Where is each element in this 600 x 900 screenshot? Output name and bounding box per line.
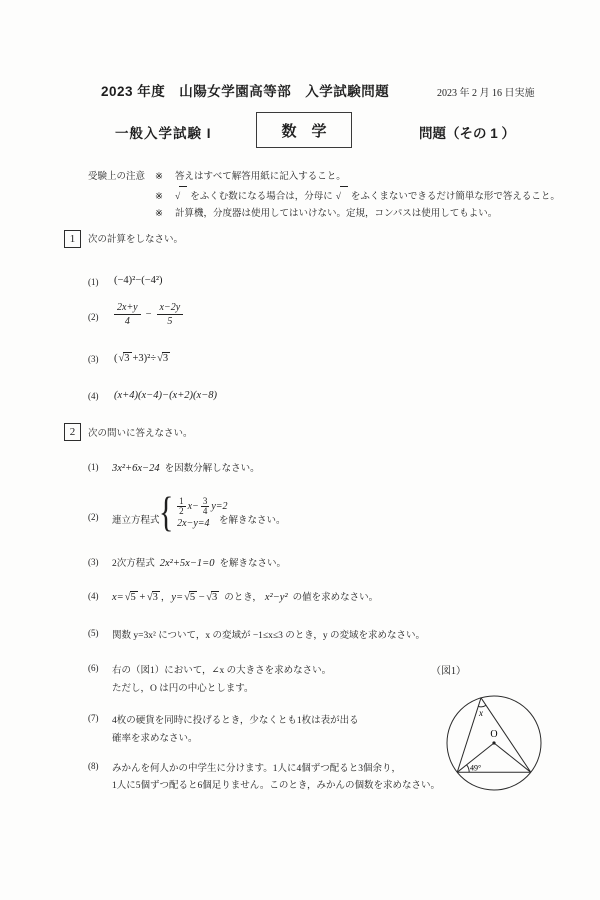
radicand: 5	[189, 591, 197, 605]
question-label: (6)	[88, 663, 99, 673]
sqrt-icon: √3	[206, 591, 219, 605]
figure-caption: （図1）	[431, 662, 466, 677]
fraction: 12	[177, 497, 186, 517]
note-line-3: ※ 計算機，分度器は使用してはいけない。定規，コンパスは使用してもよい。	[155, 205, 497, 219]
note-line-1: ※ 答えはすべて解答用紙に記入すること。	[155, 168, 346, 182]
note-text: 計算機，分度器は使用してはいけない。定規，コンパスは使用してもよい。	[175, 205, 497, 219]
note-line-2: ※ √ をふくむ数になる場合は，分母に √ をふくまないできるだけ簡単な形で答え…	[155, 186, 563, 202]
question-label: (1)	[88, 277, 99, 287]
note-text: をふくむ数になる場合は，分母に	[190, 188, 333, 202]
sqrt-icon: √3	[119, 352, 132, 366]
denominator: 2	[177, 507, 186, 516]
exam-date: 2023 年 2 月 16 日実施	[437, 84, 535, 99]
formula-text: +3)²÷	[133, 353, 157, 364]
center-label: O	[490, 729, 497, 740]
question-formula: (−4)²−(−4²)	[114, 275, 163, 286]
question-lead: 2次方程式	[112, 555, 155, 569]
question-text: 関数 y=3x² について，x の変域が −1≤x≤3 のとき，y の変域を求め…	[112, 627, 425, 641]
question-label: (7)	[88, 713, 99, 723]
chord-top-left	[457, 698, 481, 773]
angle-49-arc	[467, 765, 470, 773]
formula-text: 3x²+6x−24	[112, 463, 160, 474]
question-label: (4)	[88, 591, 99, 601]
sqrt-icon: √3	[147, 591, 160, 605]
notes-heading: 受験上の注意	[88, 168, 145, 182]
note-text: 答えはすべて解答用紙に記入すること。	[175, 168, 346, 182]
formula-text: x²−y²	[265, 592, 288, 603]
formula-text: 2x²+5x−1=0	[160, 558, 215, 569]
denominator: 5	[157, 315, 184, 327]
section-2-instruction: 次の問いに答えなさい。	[88, 425, 193, 439]
radicand: 3	[152, 591, 160, 605]
question-tail: を解きなさい。	[219, 512, 286, 526]
question-label: (3)	[88, 557, 99, 567]
denominator: 4	[114, 315, 141, 327]
question-text-line1: 右の（図1）において，∠x の大きさを求めなさい。	[112, 662, 331, 676]
question-label: (2)	[88, 512, 99, 522]
question-text-line1: みかんを何人かの中学生に分けます。1人に4個ずつ配ると3個余り，	[112, 760, 401, 774]
formula-text: x−	[188, 501, 199, 512]
part-label: 問題（その 1 ）	[419, 122, 515, 142]
formula-text: −	[198, 592, 205, 603]
exam-title: 2023 年度 山陽女学園高等部 入学試験問題	[101, 80, 389, 100]
punctuation: ，	[161, 589, 171, 603]
formula-text: (	[114, 353, 118, 364]
formula-text: +	[139, 592, 146, 603]
question-label: (5)	[88, 628, 99, 638]
sqrt-icon: √	[175, 186, 187, 202]
subject-box: 数 学	[256, 112, 352, 148]
exam-page: 2023 年度 山陽女学園高等部 入学試験問題 2023 年 2 月 16 日実…	[0, 0, 600, 900]
question-label: (1)	[88, 462, 99, 472]
section-2-number: 2	[64, 423, 81, 441]
sqrt-icon: √5	[184, 591, 197, 605]
question-formula: (x+4)(x−4)−(x+2)(x−8)	[114, 390, 217, 401]
formula-text: x=	[112, 592, 124, 603]
question-label: (4)	[88, 391, 99, 401]
formula-text: y=2	[211, 501, 227, 512]
radical-bar	[340, 186, 348, 194]
question-tail: の値を求めなさい。	[293, 589, 379, 603]
question-lead: 連立方程式	[112, 512, 160, 526]
numerator: 2x+y	[114, 302, 141, 315]
question-text: 3x²+6x−24 を因数分解しなさい。	[112, 460, 260, 474]
question-tail: を因数分解しなさい。	[165, 460, 260, 474]
fraction: 2x+y4	[114, 302, 141, 327]
angle-x-arc	[478, 705, 486, 707]
question-label: (2)	[88, 312, 99, 322]
section-1-number: 1	[64, 230, 81, 248]
question-text: x= √5 + √3 ， y= √5 − √3 のとき， x²−y² の値を求め…	[112, 589, 378, 605]
center-dot	[492, 741, 495, 744]
question-text-line2: 1人に5個ずつ配ると6個足りません。このとき，みかんの個数を求めなさい。	[112, 777, 440, 791]
subject-label: 数 学	[281, 120, 326, 141]
note-text: をふくまないできるだけ簡単な形で答えること。	[351, 188, 560, 202]
note-marker: ※	[155, 191, 163, 202]
system-brace: {	[159, 494, 174, 532]
angle-value-label: 49°	[470, 764, 481, 773]
question-tail: を解きなさい。	[220, 555, 287, 569]
question-mid: のとき，	[224, 589, 262, 603]
question-text-line2: 確率を求めなさい。	[112, 730, 198, 744]
angle-x-label: x	[478, 708, 483, 718]
question-text-line2: ただし，O は円の中心とします。	[112, 680, 253, 694]
sqrt-icon: √3	[157, 352, 170, 366]
question-text-line1: 4枚の硬貨を同時に投げるとき，少なくとも1枚は表が出る	[112, 712, 359, 726]
radicand: 3	[211, 591, 219, 605]
question-label: (8)	[88, 761, 99, 771]
exam-type-label: 一般入学試験 I	[115, 122, 212, 142]
fraction: 34	[201, 497, 210, 517]
question-formula: 2x+y4 − x−2y5	[114, 302, 183, 327]
radical-bar	[179, 186, 187, 194]
formula-text: y=	[171, 592, 183, 603]
question-formula: ( √3 +3)²÷ √3	[114, 352, 170, 366]
sqrt-icon: √	[336, 186, 348, 202]
fraction: x−2y5	[157, 302, 184, 327]
radicand: 3	[123, 352, 131, 366]
section-1-instruction: 次の計算をしなさい。	[88, 231, 183, 245]
note-marker: ※	[155, 208, 163, 219]
question-label: (3)	[88, 354, 99, 364]
equation-system: { 12 x− 34 y=2 2x−y=4	[156, 494, 228, 532]
radicand: 5	[130, 591, 138, 605]
numerator: x−2y	[157, 302, 184, 315]
radicand: 3	[162, 352, 170, 366]
circle-figure: O x 49°	[432, 689, 562, 799]
denominator: 4	[201, 507, 210, 516]
minus-operator: −	[146, 309, 152, 320]
sqrt-icon: √5	[125, 591, 138, 605]
radius-right	[494, 743, 531, 772]
chord-top-right	[481, 698, 531, 773]
note-marker: ※	[155, 171, 163, 182]
question-text: 2次方程式 2x²+5x−1=0 を解きなさい。	[112, 555, 286, 569]
